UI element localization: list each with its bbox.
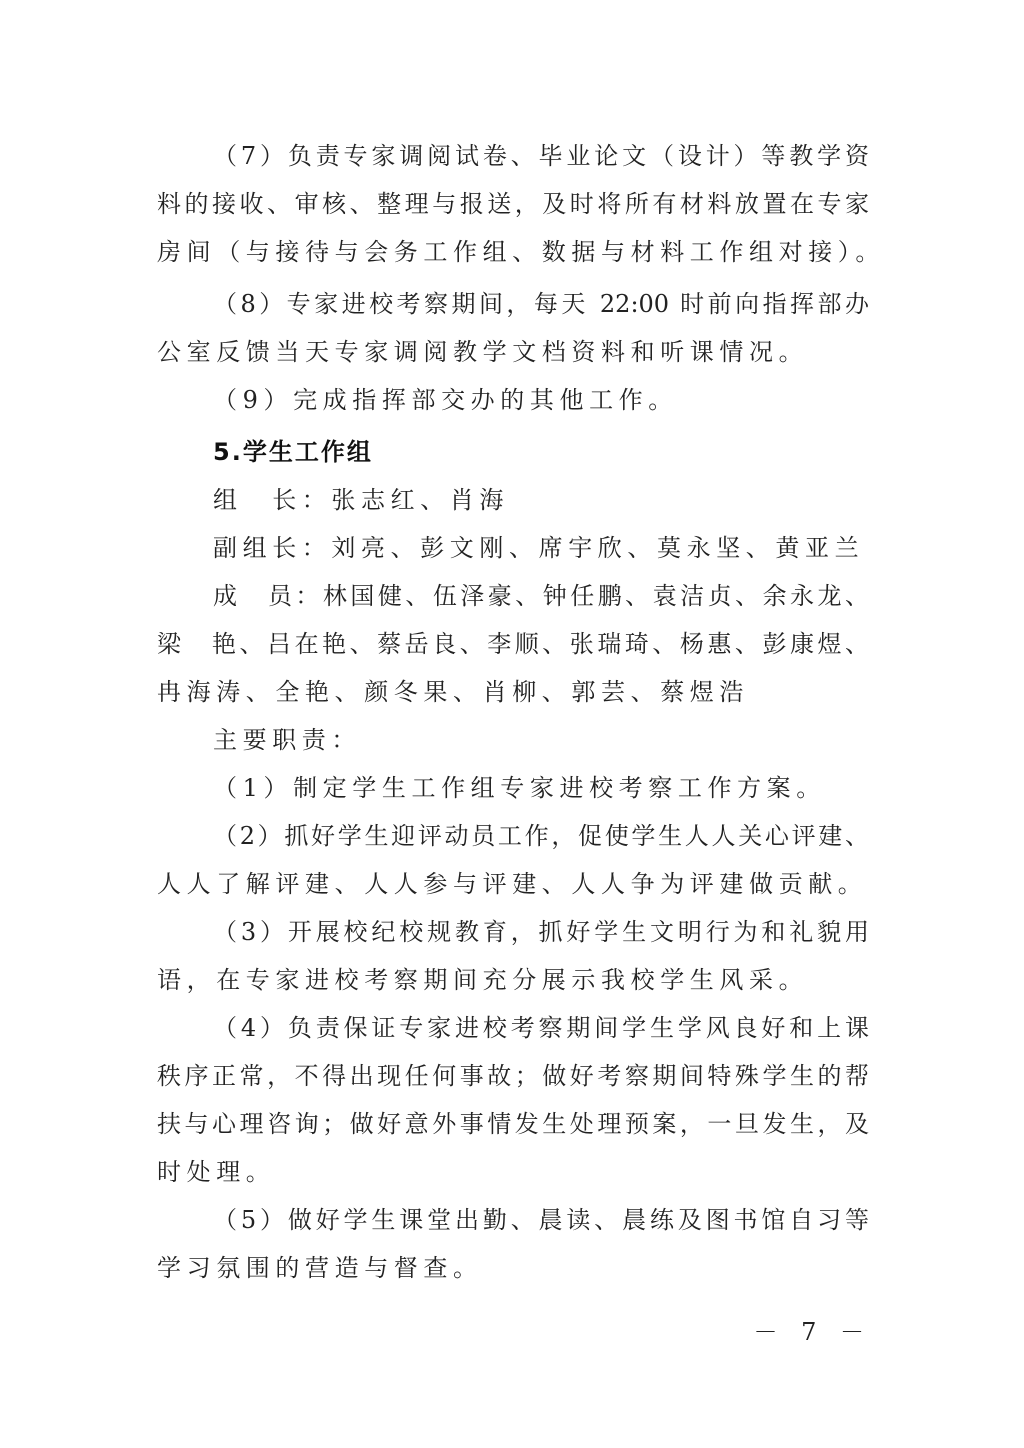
duties-label: 主要职责：	[157, 716, 869, 764]
paragraph-line: 房间（与接待与会务工作组、数据与材料工作组对接）。	[157, 228, 869, 276]
members-line: 冉海涛、全艳、颜冬果、肖柳、郭芸、蔡煜浩	[157, 668, 869, 716]
paragraph-line: （4）负责保证专家进校考察期间学生学风良好和上课	[157, 1004, 869, 1052]
paragraph-line: 扶与心理咨询；做好意外事情发生处理预案，一旦发生，及	[157, 1100, 869, 1148]
student-duty-3: （3）开展校纪校规教育，抓好学生文明行为和礼貌用 语，在专家进校考察期间充分展示…	[157, 908, 869, 1004]
paragraph-line: 学习氛围的营造与督查。	[157, 1244, 869, 1292]
paragraph-line: 秩序正常，不得出现任何事故；做好考察期间特殊学生的帮	[157, 1052, 869, 1100]
paragraph-line: （7）负责专家调阅试卷、毕业论文（设计）等教学资	[157, 132, 869, 180]
paragraph-line: （2）抓好学生迎评动员工作，促使学生人人关心评建、	[157, 812, 869, 860]
members-line: 成 员：林国健、伍泽豪、钟任鹏、袁洁贞、余永龙、	[157, 572, 869, 620]
paragraph-line: 语，在专家进校考察期间充分展示我校学生风采。	[157, 956, 869, 1004]
paragraph-line: 时处理。	[157, 1148, 869, 1196]
paragraph-line: （9）完成指挥部交办的其他工作。	[157, 376, 869, 424]
section-heading: 5.学生工作组	[157, 428, 869, 476]
page-number: － 7 －	[753, 1312, 872, 1347]
paragraph-line: （5）做好学生课堂出勤、晨读、晨练及图书馆自习等	[157, 1196, 869, 1244]
student-duty-4: （4）负责保证专家进校考察期间学生学风良好和上课 秩序正常，不得出现任何事故；做…	[157, 1004, 869, 1196]
paragraph-line: 料的接收、审核、整理与报送，及时将所有材料放置在专家	[157, 180, 869, 228]
student-duty-1: （1）制定学生工作组专家进校考察工作方案。	[157, 764, 869, 812]
paragraph-line: （8）专家进校考察期间，每天 22:00 时前向指挥部办	[157, 280, 869, 328]
duty-item-8: （8）专家进校考察期间，每天 22:00 时前向指挥部办 公室反馈当天专家调阅教…	[157, 280, 869, 376]
paragraph-line: 公室反馈当天专家调阅教学文档资料和听课情况。	[157, 328, 869, 376]
paragraph-line: （1）制定学生工作组专家进校考察工作方案。	[157, 764, 869, 812]
members-line: 梁 艳、吕在艳、蔡岳良、李顺、张瑞琦、杨惠、彭康煜、	[157, 620, 869, 668]
vice-leader-line: 副组长：刘亮、彭文刚、席宇欣、莫永坚、黄亚兰	[157, 524, 869, 572]
members-block: 成 员：林国健、伍泽豪、钟任鹏、袁洁贞、余永龙、 梁 艳、吕在艳、蔡岳良、李顺、…	[157, 572, 869, 716]
duty-item-7: （7）负责专家调阅试卷、毕业论文（设计）等教学资 料的接收、审核、整理与报送，及…	[157, 132, 869, 276]
document-page: （7）负责专家调阅试卷、毕业论文（设计）等教学资 料的接收、审核、整理与报送，及…	[157, 132, 869, 1292]
student-duty-5: （5）做好学生课堂出勤、晨读、晨练及图书馆自习等 学习氛围的营造与督查。	[157, 1196, 869, 1292]
leader-line: 组 长：张志红、肖海	[157, 476, 869, 524]
paragraph-line: 人人了解评建、人人参与评建、人人争为评建做贡献。	[157, 860, 869, 908]
paragraph-line: （3）开展校纪校规教育，抓好学生文明行为和礼貌用	[157, 908, 869, 956]
student-duty-2: （2）抓好学生迎评动员工作，促使学生人人关心评建、 人人了解评建、人人参与评建、…	[157, 812, 869, 908]
duty-item-9: （9）完成指挥部交办的其他工作。	[157, 376, 869, 424]
